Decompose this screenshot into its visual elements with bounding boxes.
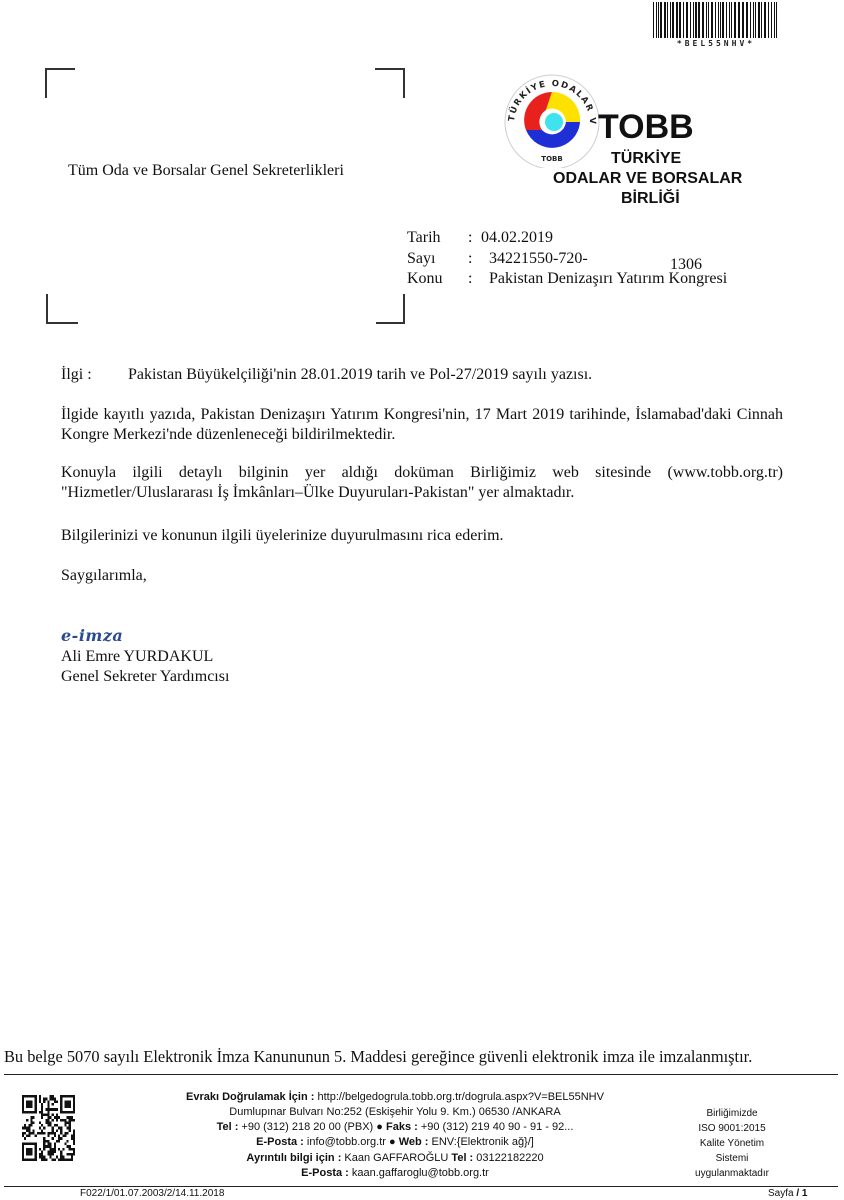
contact-email-line: E-Posta : kaan.gaffaroglu@tobb.org.tr bbox=[160, 1166, 630, 1181]
recipient: Tüm Oda ve Borsalar Genel Sekreterlikler… bbox=[68, 162, 344, 180]
paragraph-2: Konuyla ilgili detaylı bilginin yer aldı… bbox=[61, 463, 783, 503]
address-window-corner-top-right bbox=[375, 68, 405, 98]
subject-colon: : bbox=[468, 270, 472, 288]
qr-code bbox=[22, 1095, 75, 1161]
bullet: ● bbox=[376, 1121, 383, 1133]
reference-label: İlgi : bbox=[61, 366, 92, 384]
address-window-corner-bottom-right bbox=[376, 294, 405, 324]
logo-line-2: ODALAR VE BORSALAR bbox=[553, 170, 742, 188]
barcode bbox=[651, 2, 781, 38]
footer-divider-top bbox=[4, 1074, 838, 1075]
phone-line: Tel : +90 (312) 218 20 00 (PBX) ● Faks :… bbox=[160, 1120, 630, 1135]
contact-line: Ayrıntılı bilgi için : Kaan GAFFAROĞLU T… bbox=[160, 1151, 630, 1166]
footer-divider-bottom bbox=[4, 1186, 838, 1187]
phone-value: +90 (312) 218 20 00 (PBX) bbox=[241, 1121, 373, 1133]
logo-line-3: BİRLİĞİ bbox=[621, 190, 680, 208]
verify-label: Evrakı Doğrulamak İçin : bbox=[186, 1091, 314, 1103]
contact-name: Kaan GAFFAROĞLU bbox=[344, 1152, 448, 1164]
paragraph-3: Bilgilerinizi ve konunun ilgili üyelerin… bbox=[61, 526, 783, 546]
tobb-emblem-icon: TÜRKİYE ODALAR VE BORSALAR BİRLİĞİ TOBB bbox=[500, 72, 604, 168]
svg-text:TOBB: TOBB bbox=[541, 155, 562, 163]
barcode-text: *BEL55NHV* bbox=[651, 39, 781, 48]
number-value: 34221550-720- bbox=[489, 250, 588, 268]
e-signature-mark: e-imza bbox=[61, 626, 123, 645]
email-web-line: E-Posta : info@tobb.org.tr ● Web : ENV:{… bbox=[160, 1135, 630, 1150]
subject-value: Pakistan Denizaşırı Yatırım Kongresi bbox=[489, 270, 727, 288]
bullet: ● bbox=[389, 1136, 396, 1148]
web-value: ENV:{Elektronik ağ}/] bbox=[432, 1136, 534, 1148]
date-colon: : bbox=[468, 229, 472, 247]
iso-notice: Birliğimizde ISO 9001:2015 Kalite Yöneti… bbox=[680, 1106, 784, 1181]
subject-label: Konu bbox=[407, 270, 443, 288]
signer-title: Genel Sekreter Yardımcısı bbox=[61, 668, 229, 686]
address-window-corner-bottom-left bbox=[46, 294, 78, 324]
date-label: Tarih bbox=[407, 229, 441, 247]
form-code: F022/1/01.07.2003/2/14.11.2018 bbox=[80, 1188, 224, 1199]
page-indicator: Sayfa / 1 bbox=[768, 1188, 807, 1199]
verify-url[interactable]: http://belgedogrula.tobb.org.tr/dogrula.… bbox=[317, 1091, 604, 1103]
reference-text: Pakistan Büyükelçiliği'nin 28.01.2019 ta… bbox=[128, 366, 592, 384]
address-line: Dumlupınar Bulvarı No:252 (Eskişehir Yol… bbox=[160, 1105, 630, 1120]
contact-tel: 03122182220 bbox=[476, 1152, 543, 1164]
legal-notice: Bu belge 5070 sayılı Elektronik İmza Kan… bbox=[4, 1047, 752, 1067]
closing: Saygılarımla, bbox=[61, 566, 783, 586]
number-colon: : bbox=[468, 250, 472, 268]
date-value: 04.02.2019 bbox=[481, 229, 553, 247]
contact-email[interactable]: kaan.gaffaroglu@tobb.org.tr bbox=[352, 1167, 489, 1179]
email-value[interactable]: info@tobb.org.tr bbox=[307, 1136, 386, 1148]
paragraph-1: İlgide kayıtlı yazıda, Pakistan Denizaşı… bbox=[61, 405, 783, 445]
logo-acronym: TOBB bbox=[598, 108, 694, 147]
signer-name: Ali Emre YURDAKUL bbox=[61, 648, 213, 666]
address-window-corner-top-left bbox=[45, 68, 75, 98]
number-label: Sayı bbox=[407, 250, 435, 268]
logo-line-1: TÜRKİYE bbox=[611, 150, 681, 168]
verify-line: Evrakı Doğrulamak İçin : http://belgedog… bbox=[160, 1090, 630, 1105]
fax-value: +90 (312) 219 40 90 - 91 - 92... bbox=[421, 1121, 574, 1133]
